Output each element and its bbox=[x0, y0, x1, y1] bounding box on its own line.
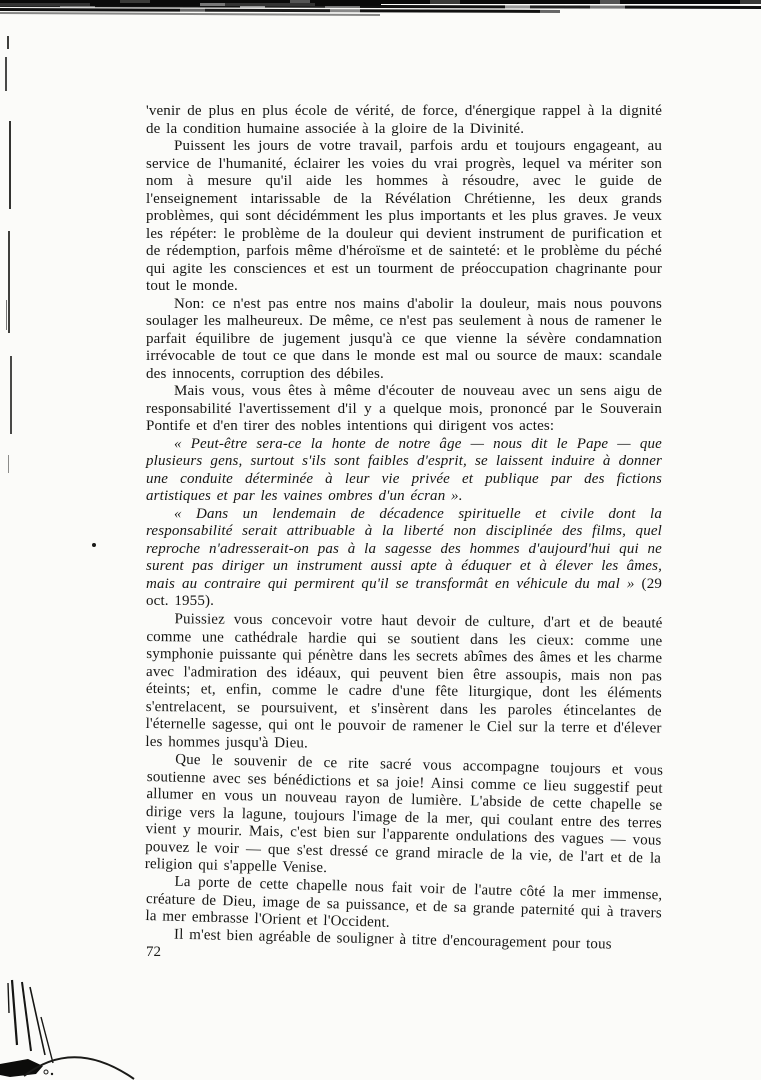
binding-mark bbox=[5, 57, 7, 91]
ink-blob-and-arc bbox=[0, 955, 170, 1080]
paragraph: 'venir de plus en plus école de vérité, … bbox=[146, 103, 662, 138]
paragraph: Mais vous, vous êtes à même d'écouter de… bbox=[146, 383, 662, 436]
scan-streak bbox=[0, 12, 380, 16]
scan-edge-top bbox=[0, 0, 761, 30]
binding-mark bbox=[7, 36, 9, 49]
paragraph: Puissent les jours de votre travail, par… bbox=[146, 138, 662, 296]
binding-mark bbox=[6, 300, 7, 330]
margin-dot bbox=[92, 543, 96, 547]
date-citation: (29 oct. 1955). bbox=[146, 576, 662, 610]
paragraph: Puissiez vous concevoir votre haut devoi… bbox=[145, 611, 662, 755]
binding-mark bbox=[10, 356, 12, 434]
scan-streak bbox=[0, 3, 381, 6]
binding-mark bbox=[9, 121, 11, 209]
text-block: 'venir de plus en plus école de vérité, … bbox=[146, 103, 662, 943]
scan-streak bbox=[0, 0, 761, 4]
paragraph: Que le souvenir de ce rite sacré vous ac… bbox=[145, 751, 664, 885]
binding-mark bbox=[8, 455, 9, 473]
scan-streak bbox=[0, 8, 560, 13]
paragraph: Non: ce n'est pas entre nos mains d'abol… bbox=[146, 296, 662, 384]
paragraph: « Dans un lendemain de décadence spiritu… bbox=[146, 506, 662, 611]
page-number: 72 bbox=[146, 944, 161, 961]
scan-streak bbox=[0, 4, 761, 9]
paragraph: « Peut-être sera-ce la honte de notre âg… bbox=[146, 436, 662, 506]
binding-mark bbox=[8, 231, 10, 333]
